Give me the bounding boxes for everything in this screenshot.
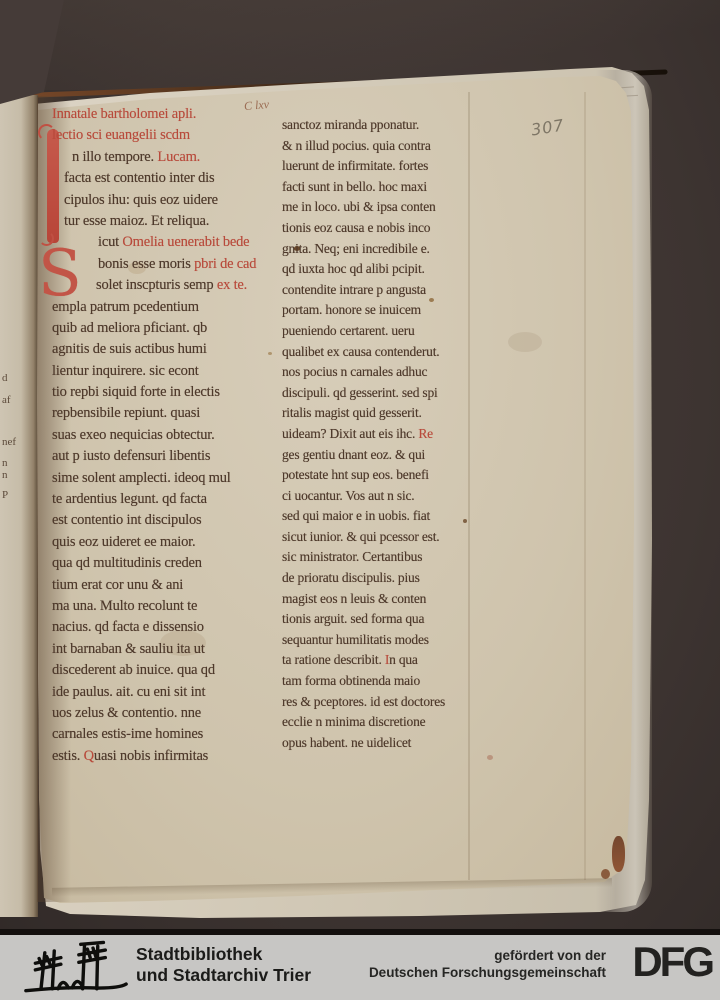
body-text: res & pceptores. id est doctores bbox=[282, 694, 445, 709]
margin-fragment: d bbox=[2, 373, 8, 384]
body-text: sequantur humilitatis modes bbox=[282, 632, 429, 647]
library-name-line2: und Stadtarchiv Trier bbox=[136, 965, 311, 986]
manuscript-text-line: int barnaban & sauliu ita ut bbox=[52, 641, 264, 662]
manuscript-text-line: potestate hnt sup eos. benefi bbox=[282, 467, 470, 488]
body-text: bonis esse moris bbox=[98, 256, 194, 272]
manuscript-text-line: & n illud pocius. quia contra bbox=[282, 138, 470, 159]
body-text: de prioratu discipulis. pius bbox=[282, 570, 420, 585]
body-text: potestate hnt sup eos. benefi bbox=[282, 467, 429, 482]
manuscript-text-line: n illo tempore. Lucam. bbox=[52, 149, 264, 170]
body-text: sicut iunior. & qui pcessor est. bbox=[282, 529, 439, 544]
funding-line1: gefördert von der bbox=[369, 948, 606, 965]
rubric-text: Lucam. bbox=[157, 149, 200, 165]
manuscript-text-line: repbensibile repiunt. quasi bbox=[52, 405, 264, 426]
manuscript-text-line: estis. Quasi nobis infirmitas bbox=[52, 748, 264, 769]
manuscript-text-line: solet inscpturis semp ex te. bbox=[52, 277, 264, 298]
body-text: tur esse maioz. Et reliqua. bbox=[64, 213, 209, 229]
body-text: pueniendo certarent. ueru bbox=[282, 323, 415, 338]
body-text: quib ad meliora pficiant. qb bbox=[52, 320, 207, 336]
stain-spot bbox=[508, 332, 542, 352]
margin-fragment: P bbox=[2, 490, 8, 501]
body-text: & n illud pocius. quia contra bbox=[282, 138, 431, 153]
body-text: n qua bbox=[389, 652, 418, 667]
manuscript-text-line: ecclie n minima discretione bbox=[282, 714, 470, 735]
body-text: empla patrum pcedentium bbox=[52, 299, 199, 315]
page-crease bbox=[584, 92, 586, 880]
body-text: aut p iusto defensuri libentis bbox=[52, 448, 210, 464]
body-text: sanctoz miranda pponatur. bbox=[282, 117, 419, 132]
body-text: discederent ab inuice. qua qd bbox=[52, 662, 215, 678]
manuscript-text-line: gnita. Neq; eni incredibile e. bbox=[282, 241, 470, 262]
body-text: tam forma obtinenda maio bbox=[282, 673, 420, 688]
manuscript-text-line: contendite intrare p angusta bbox=[282, 282, 470, 303]
manuscript-text-line: empla patrum pcedentium bbox=[52, 299, 264, 320]
manuscript-text-line: est contentio int discipulos bbox=[52, 512, 264, 533]
manuscript-text-line: bonis esse moris pbri de cad bbox=[52, 256, 264, 277]
manuscript-text-line: icut Omelia uenerabit bede bbox=[52, 234, 264, 255]
manuscript-text-line: tam forma obtinenda maio bbox=[282, 673, 470, 694]
manuscript-text-line: tionis eoz causa e nobis inco bbox=[282, 220, 470, 241]
body-text: luerunt de infirmitate. fortes bbox=[282, 158, 428, 173]
manuscript-text-line: tio repbi siquid forte in electis bbox=[52, 384, 264, 405]
manuscript-text-line: qua qd multitudinis creden bbox=[52, 555, 264, 576]
rubric-text: Innatale bartholomei apli. bbox=[52, 106, 196, 122]
body-text: tionis eoz causa e nobis inco bbox=[282, 220, 430, 235]
manuscript-text-line: ritalis magist quid gesserit. bbox=[282, 405, 470, 426]
body-text: nacius. qd facta e dissensio bbox=[52, 619, 204, 635]
rubric-text: Q bbox=[84, 748, 94, 764]
manuscript-text-line: qualibet ex causa contenderut. bbox=[282, 344, 470, 365]
body-text: qd iuxta hoc qd alibi pcipit. bbox=[282, 261, 425, 276]
manuscript-text-line: portam. honore se inuicem bbox=[282, 302, 470, 323]
manuscript-text-line: lectio sci euangelii scdm bbox=[52, 127, 264, 148]
body-text: qua qd multitudinis creden bbox=[52, 555, 202, 571]
body-text: contendite intrare p angusta bbox=[282, 282, 426, 297]
margin-fragment: n bbox=[2, 470, 8, 481]
manuscript-text-line: tium erat cor unu & ani bbox=[52, 577, 264, 598]
manuscript-text-line: suas exeo nequicias obtectur. bbox=[52, 427, 264, 448]
body-text: lientur inquirere. sic econt bbox=[52, 363, 199, 379]
manuscript-text-line: facta est contentio inter dis bbox=[52, 170, 264, 191]
manuscript-text-line: lientur inquirere. sic econt bbox=[52, 363, 264, 384]
corner-damage bbox=[601, 869, 610, 879]
rubric-text: lectio sci euangelii scdm bbox=[52, 127, 190, 143]
margin-fragment: nef bbox=[2, 437, 16, 448]
body-text: ide paulus. ait. cu eni sit int bbox=[52, 684, 205, 700]
body-text: uasi nobis infirmitas bbox=[94, 748, 208, 764]
rubric-text: Omelia uenerabit bede bbox=[122, 234, 249, 250]
body-text: sime solent amplecti. ideoq mul bbox=[52, 470, 231, 486]
manuscript-text-line: res & pceptores. id est doctores bbox=[282, 694, 470, 715]
body-text: int barnaban & sauliu ita ut bbox=[52, 641, 205, 657]
manuscript-text-line: de prioratu discipulis. pius bbox=[282, 570, 470, 591]
body-text: quis eoz uideret ee maior. bbox=[52, 534, 195, 550]
body-text: ecclie n minima discretione bbox=[282, 714, 425, 729]
body-text: te ardentius legunt. qd facta bbox=[52, 491, 207, 507]
manuscript-text-line: nacius. qd facta e dissensio bbox=[52, 619, 264, 640]
manuscript-text-line: sic ministrator. Certantibus bbox=[282, 549, 470, 570]
manuscript-text-line: te ardentius legunt. qd facta bbox=[52, 491, 264, 512]
manuscript-text-line: tionis arguit. sed forma qua bbox=[282, 611, 470, 632]
stadtbibliothek-logo-icon bbox=[24, 939, 128, 997]
body-text: me in loco. ubi & ipsa conten bbox=[282, 199, 436, 214]
footer-bar: Stadtbibliothek und Stadtarchiv Trier ge… bbox=[0, 935, 720, 1000]
manuscript-text-line: sicut iunior. & qui pcessor est. bbox=[282, 529, 470, 550]
body-text: ta ratione describit. bbox=[282, 652, 385, 667]
manuscript-text-line: ci uocantur. Vos aut n sic. bbox=[282, 488, 470, 509]
body-text: solet inscpturis semp bbox=[96, 277, 217, 293]
stain-spot bbox=[487, 755, 493, 760]
body-text: icut bbox=[98, 234, 122, 250]
body-text: tio repbi siquid forte in electis bbox=[52, 384, 220, 400]
manuscript-text-line: luerunt de infirmitate. fortes bbox=[282, 158, 470, 179]
manuscript-text-line: sime solent amplecti. ideoq mul bbox=[52, 470, 264, 491]
manuscript-text-line: uideam? Dixit aut eis ihc. Re bbox=[282, 426, 470, 447]
manuscript-text-line: nos pocius n carnales adhuc bbox=[282, 364, 470, 385]
manuscript-text-line: ta ratione describit. In qua bbox=[282, 652, 470, 673]
body-text: opus habent. ne uidelicet bbox=[282, 735, 411, 750]
manuscript-text-line: sed qui maior e in uobis. fiat bbox=[282, 508, 470, 529]
body-text: facta est contentio inter dis bbox=[64, 170, 214, 186]
manuscript-text-line: qd iuxta hoc qd alibi pcipit. bbox=[282, 261, 470, 282]
body-text: uideam? Dixit aut eis ihc. bbox=[282, 426, 418, 441]
body-text: tium erat cor unu & ani bbox=[52, 577, 183, 593]
text-column-left: Innatale bartholomei apli.lectio sci eua… bbox=[52, 106, 264, 769]
manuscript-text-line: Innatale bartholomei apli. bbox=[52, 106, 264, 127]
library-name-line1: Stadtbibliothek bbox=[136, 944, 311, 965]
body-text: tionis arguit. sed forma qua bbox=[282, 611, 424, 626]
body-text: carnales estis-ime homines bbox=[52, 726, 203, 742]
rubric-text: ex te. bbox=[217, 277, 247, 293]
manuscript-text-line: sequantur humilitatis modes bbox=[282, 632, 470, 653]
manuscript-text-line: aut p iusto defensuri libentis bbox=[52, 448, 264, 469]
manuscript-text-line: sanctoz miranda pponatur. bbox=[282, 117, 470, 138]
body-text: est contentio int discipulos bbox=[52, 512, 201, 528]
text-column-right: sanctoz miranda pponatur.& n illud pociu… bbox=[282, 117, 470, 755]
manuscript-text-line: uos zelus & contentio. nne bbox=[52, 705, 264, 726]
body-text: cipulos ihu: quis eoz uidere bbox=[64, 192, 218, 208]
body-text: facti sunt in bello. hoc maxi bbox=[282, 179, 427, 194]
body-text: portam. honore se inuicem bbox=[282, 302, 421, 317]
manuscript-text-line: pueniendo certarent. ueru bbox=[282, 323, 470, 344]
margin-fragment: n bbox=[2, 458, 8, 469]
manuscript-text-line: quib ad meliora pficiant. qb bbox=[52, 320, 264, 341]
ink-speck bbox=[268, 352, 272, 355]
body-text: ges gentiu dnant eoz. & qui bbox=[282, 447, 425, 462]
rubric-text: pbri de cad bbox=[194, 256, 256, 272]
manuscript-text-line: opus habent. ne uidelicet bbox=[282, 735, 470, 756]
body-text: sic ministrator. Certantibus bbox=[282, 549, 422, 564]
margin-fragment: af bbox=[2, 395, 11, 406]
body-text: ci uocantur. Vos aut n sic. bbox=[282, 488, 414, 503]
library-name: Stadtbibliothek und Stadtarchiv Trier bbox=[136, 944, 311, 985]
manuscript-text-line: discipuli. qd gesserint. sed spi bbox=[282, 385, 470, 406]
manuscript-text-line: magist eos n leuis & conten bbox=[282, 591, 470, 612]
manuscript-text-line: agnitis de suis actibus humi bbox=[52, 341, 264, 362]
body-text: sed qui maior e in uobis. fiat bbox=[282, 508, 430, 523]
body-text: agnitis de suis actibus humi bbox=[52, 341, 207, 357]
body-text: ritalis magist quid gesserit. bbox=[282, 405, 422, 420]
manuscript-text-line: me in loco. ubi & ipsa conten bbox=[282, 199, 470, 220]
facing-page-sliver: dafnefnnP bbox=[0, 95, 38, 917]
corner-damage bbox=[612, 836, 625, 872]
body-text: n illo tempore. bbox=[72, 149, 157, 165]
dfg-logo: DFG bbox=[632, 938, 712, 986]
rubric-text: Re bbox=[418, 426, 433, 441]
manuscript-text-line: discederent ab inuice. qua qd bbox=[52, 662, 264, 683]
manuscript-text-line: quis eoz uideret ee maior. bbox=[52, 534, 264, 555]
body-text: estis. bbox=[52, 748, 84, 764]
body-text: uos zelus & contentio. nne bbox=[52, 705, 201, 721]
digitized-manuscript-viewer: { "header": { "quire_mark": "C lxv", "fo… bbox=[0, 0, 720, 1000]
manuscript-text-line: cipulos ihu: quis eoz uidere bbox=[52, 192, 264, 213]
manuscript-text-line: facti sunt in bello. hoc maxi bbox=[282, 179, 470, 200]
manuscript-text-line: ide paulus. ait. cu eni sit int bbox=[52, 684, 264, 705]
manuscript-text-line: tur esse maioz. Et reliqua. bbox=[52, 213, 264, 234]
funding-line2: Deutschen Forschungsgemeinschaft bbox=[369, 965, 606, 982]
body-text: suas exeo nequicias obtectur. bbox=[52, 427, 215, 443]
body-text: gnita. Neq; eni incredibile e. bbox=[282, 241, 430, 256]
manuscript-text-line: ges gentiu dnant eoz. & qui bbox=[282, 447, 470, 468]
manuscript-text-line: carnales estis-ime homines bbox=[52, 726, 264, 747]
body-text: magist eos n leuis & conten bbox=[282, 591, 426, 606]
funding-credit: gefördert von der Deutschen Forschungsge… bbox=[369, 948, 606, 981]
body-text: nos pocius n carnales adhuc bbox=[282, 364, 427, 379]
manuscript-text-line: ma una. Multo recolunt te bbox=[52, 598, 264, 619]
body-text: discipuli. qd gesserint. sed spi bbox=[282, 385, 438, 400]
body-text: qualibet ex causa contenderut. bbox=[282, 344, 439, 359]
body-text: ma una. Multo recolunt te bbox=[52, 598, 197, 614]
body-text: repbensibile repiunt. quasi bbox=[52, 405, 200, 421]
